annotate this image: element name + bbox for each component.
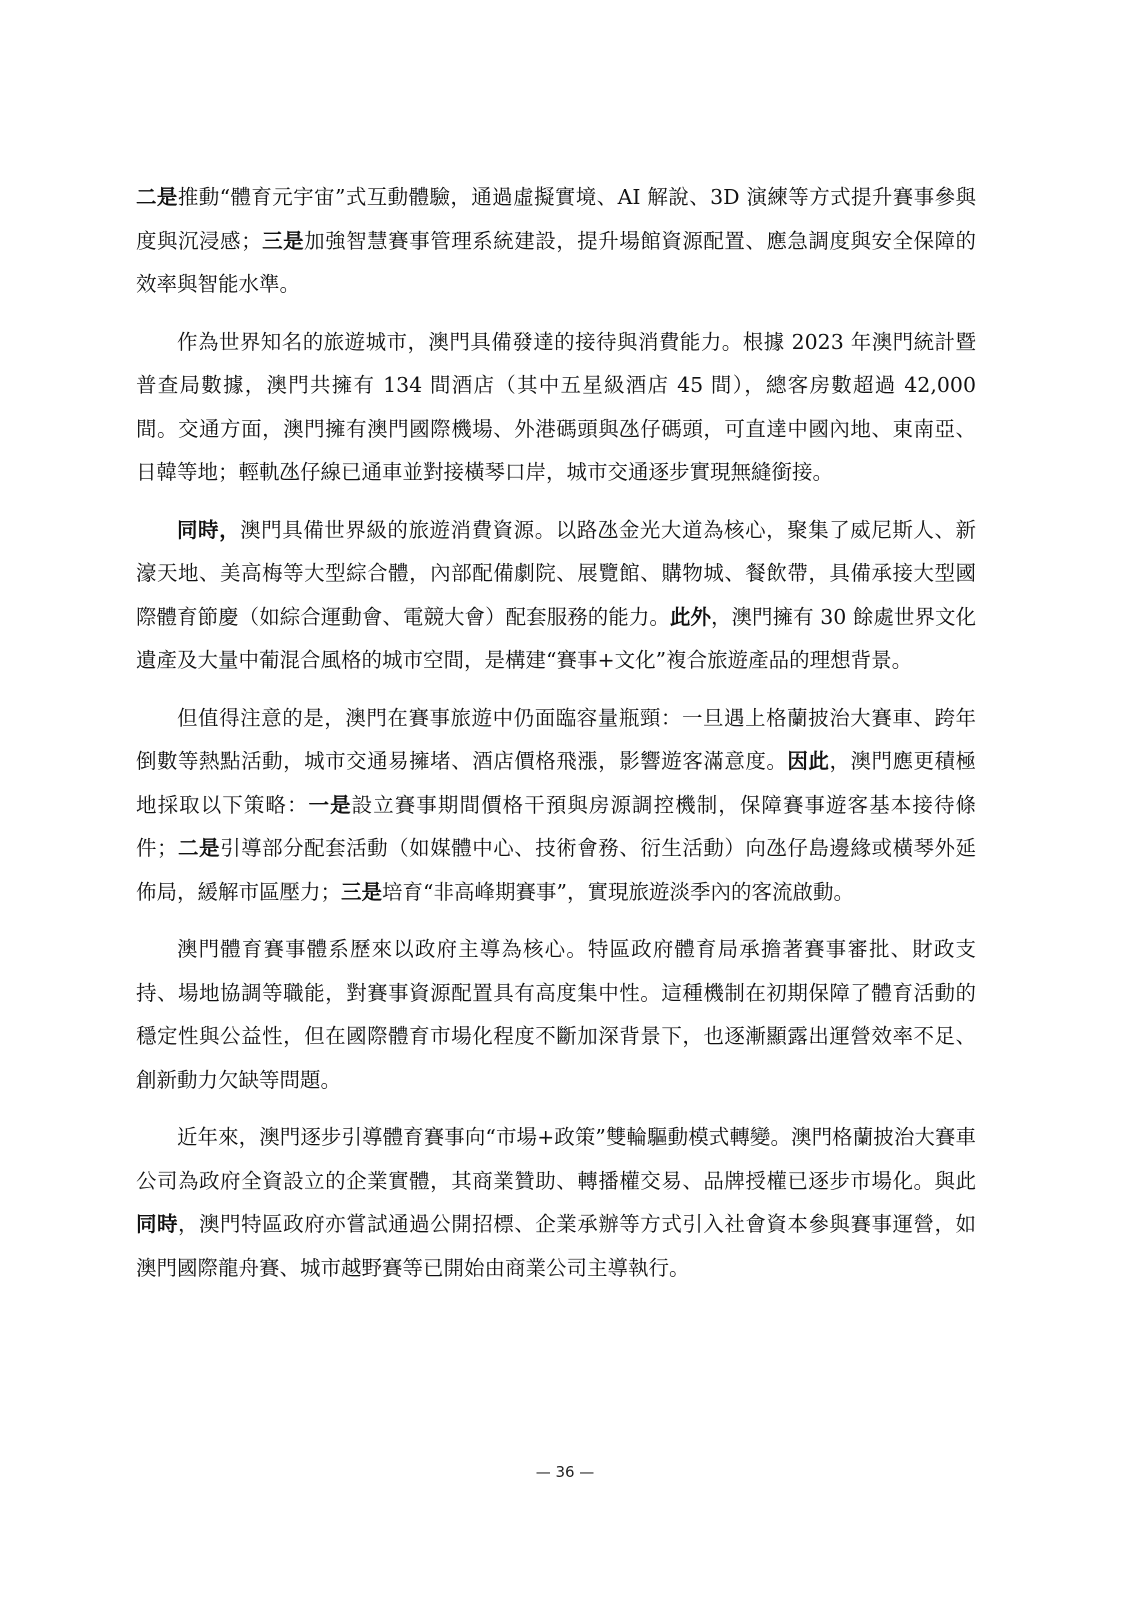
paragraph-6: 近年來，澳門逐步引導體育賽事向“市場+政策”雙輪驅動模式轉變。澳門格蘭披治大賽車… [136, 1116, 976, 1290]
paragraph-4: 但值得注意的是，澳門在賽事旅遊中仍面臨容量瓶頸：一旦遇上格蘭披治大賽車、跨年倒數… [136, 697, 976, 915]
emphasis: 二是 [136, 185, 178, 209]
page-number: — 36 — [0, 1463, 1130, 1481]
paragraph-1: 二是推動“體育元宇宙”式互動體驗，通過虛擬實境、AI 解說、3D 演練等方式提升… [136, 176, 976, 307]
emphasis: 此外 [670, 605, 711, 629]
text-run: ，澳門特區政府亦嘗試通過公開招標、企業承辦等方式引入社會資本參與賽事運營，如澳門… [136, 1212, 976, 1280]
text-run: 澳門體育賽事體系歷來以政府主導為核心。特區政府體育局承擔著賽事審批、財政支持、場… [136, 937, 976, 1092]
emphasis: 同時， [177, 518, 240, 542]
emphasis: 二是 [178, 836, 221, 860]
emphasis: 一是 [309, 793, 352, 817]
document-body: 二是推動“體育元宇宙”式互動體驗，通過虛擬實境、AI 解說、3D 演練等方式提升… [136, 176, 976, 1304]
paragraph-5: 澳門體育賽事體系歷來以政府主導為核心。特區政府體育局承擔著賽事審批、財政支持、場… [136, 928, 976, 1102]
text-run: 作為世界知名的旅遊城市，澳門具備發達的接待與消費能力。根據 2023 年澳門統計… [136, 330, 976, 485]
emphasis: 三是 [262, 229, 305, 253]
emphasis: 三是 [341, 880, 382, 904]
text-run: 近年來，澳門逐步引導體育賽事向“市場+政策”雙輪驅動模式轉變。澳門格蘭披治大賽車… [136, 1125, 976, 1193]
paragraph-3: 同時，澳門具備世界級的旅遊消費資源。以路氹金光大道為核心，聚集了威尼斯人、新濠天… [136, 509, 976, 683]
emphasis: 同時 [136, 1212, 178, 1236]
text-run: 培育“非高峰期賽事”，實現旅遊淡季內的客流啟動。 [382, 880, 854, 904]
emphasis: 因此 [787, 749, 829, 773]
paragraph-2: 作為世界知名的旅遊城市，澳門具備發達的接待與消費能力。根據 2023 年澳門統計… [136, 321, 976, 495]
